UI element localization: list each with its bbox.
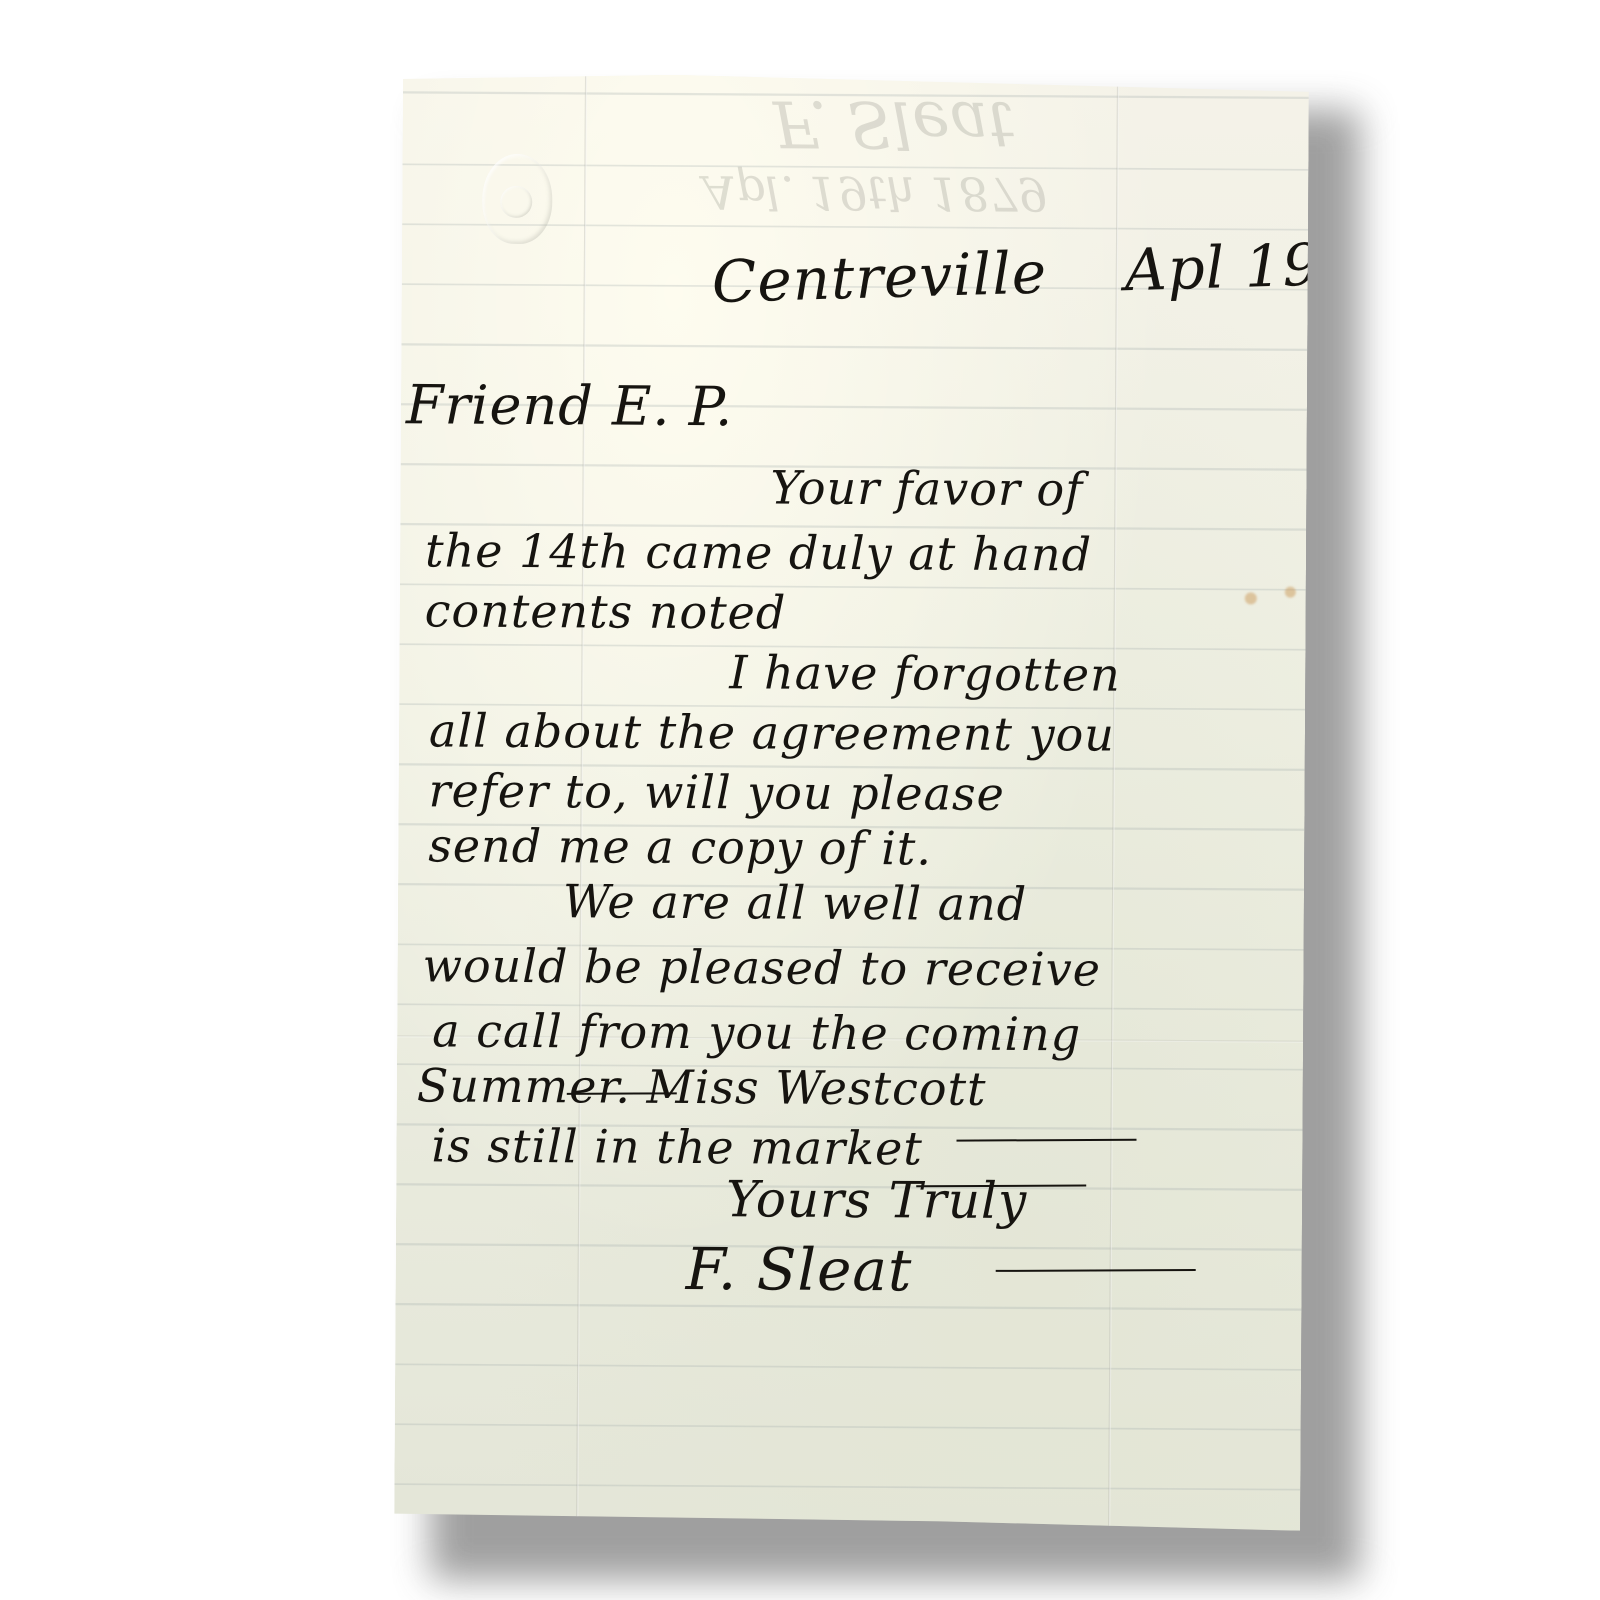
body-line: would be pleased to receive: [422, 938, 1101, 996]
docket-note-name: F. Sleat: [772, 85, 1014, 160]
body-line: all about the agreement you: [429, 703, 1115, 761]
embossed-seal-icon: [482, 154, 553, 244]
letter-sheet: F. Sleat Apl. 19th 1879 Centreville Apl …: [394, 73, 1309, 1531]
body-line: is still in the market: [431, 1118, 923, 1175]
foxing-spot: [1285, 587, 1296, 598]
body-line: refer to, will you please: [428, 763, 1005, 821]
signature: F. Sleat: [686, 1235, 913, 1304]
body-line: the 14th came duly at hand: [425, 523, 1092, 581]
closing: Yours Truly: [726, 1170, 1027, 1230]
salutation: Friend E. P.: [406, 373, 734, 438]
body-line: I have forgotten: [729, 645, 1121, 701]
body-line: Summer. Miss Westcott: [417, 1058, 987, 1115]
body-line: Your favor of: [770, 460, 1083, 516]
body-line: contents noted: [425, 583, 787, 639]
foxing-spot: [1245, 592, 1257, 604]
letter-place: Centreville: [711, 238, 1048, 316]
photo-stage: F. Sleat Apl. 19th 1879 Centreville Apl …: [0, 0, 1600, 1600]
body-line: We are all well and: [563, 874, 1028, 931]
body-line: a call from you the coming: [432, 1003, 1081, 1061]
docket-note-date: Apl. 19th 1879: [702, 165, 1047, 221]
body-line: send me a copy of it.: [428, 818, 932, 875]
letter-date: Apl 19/879: [1124, 227, 1309, 304]
